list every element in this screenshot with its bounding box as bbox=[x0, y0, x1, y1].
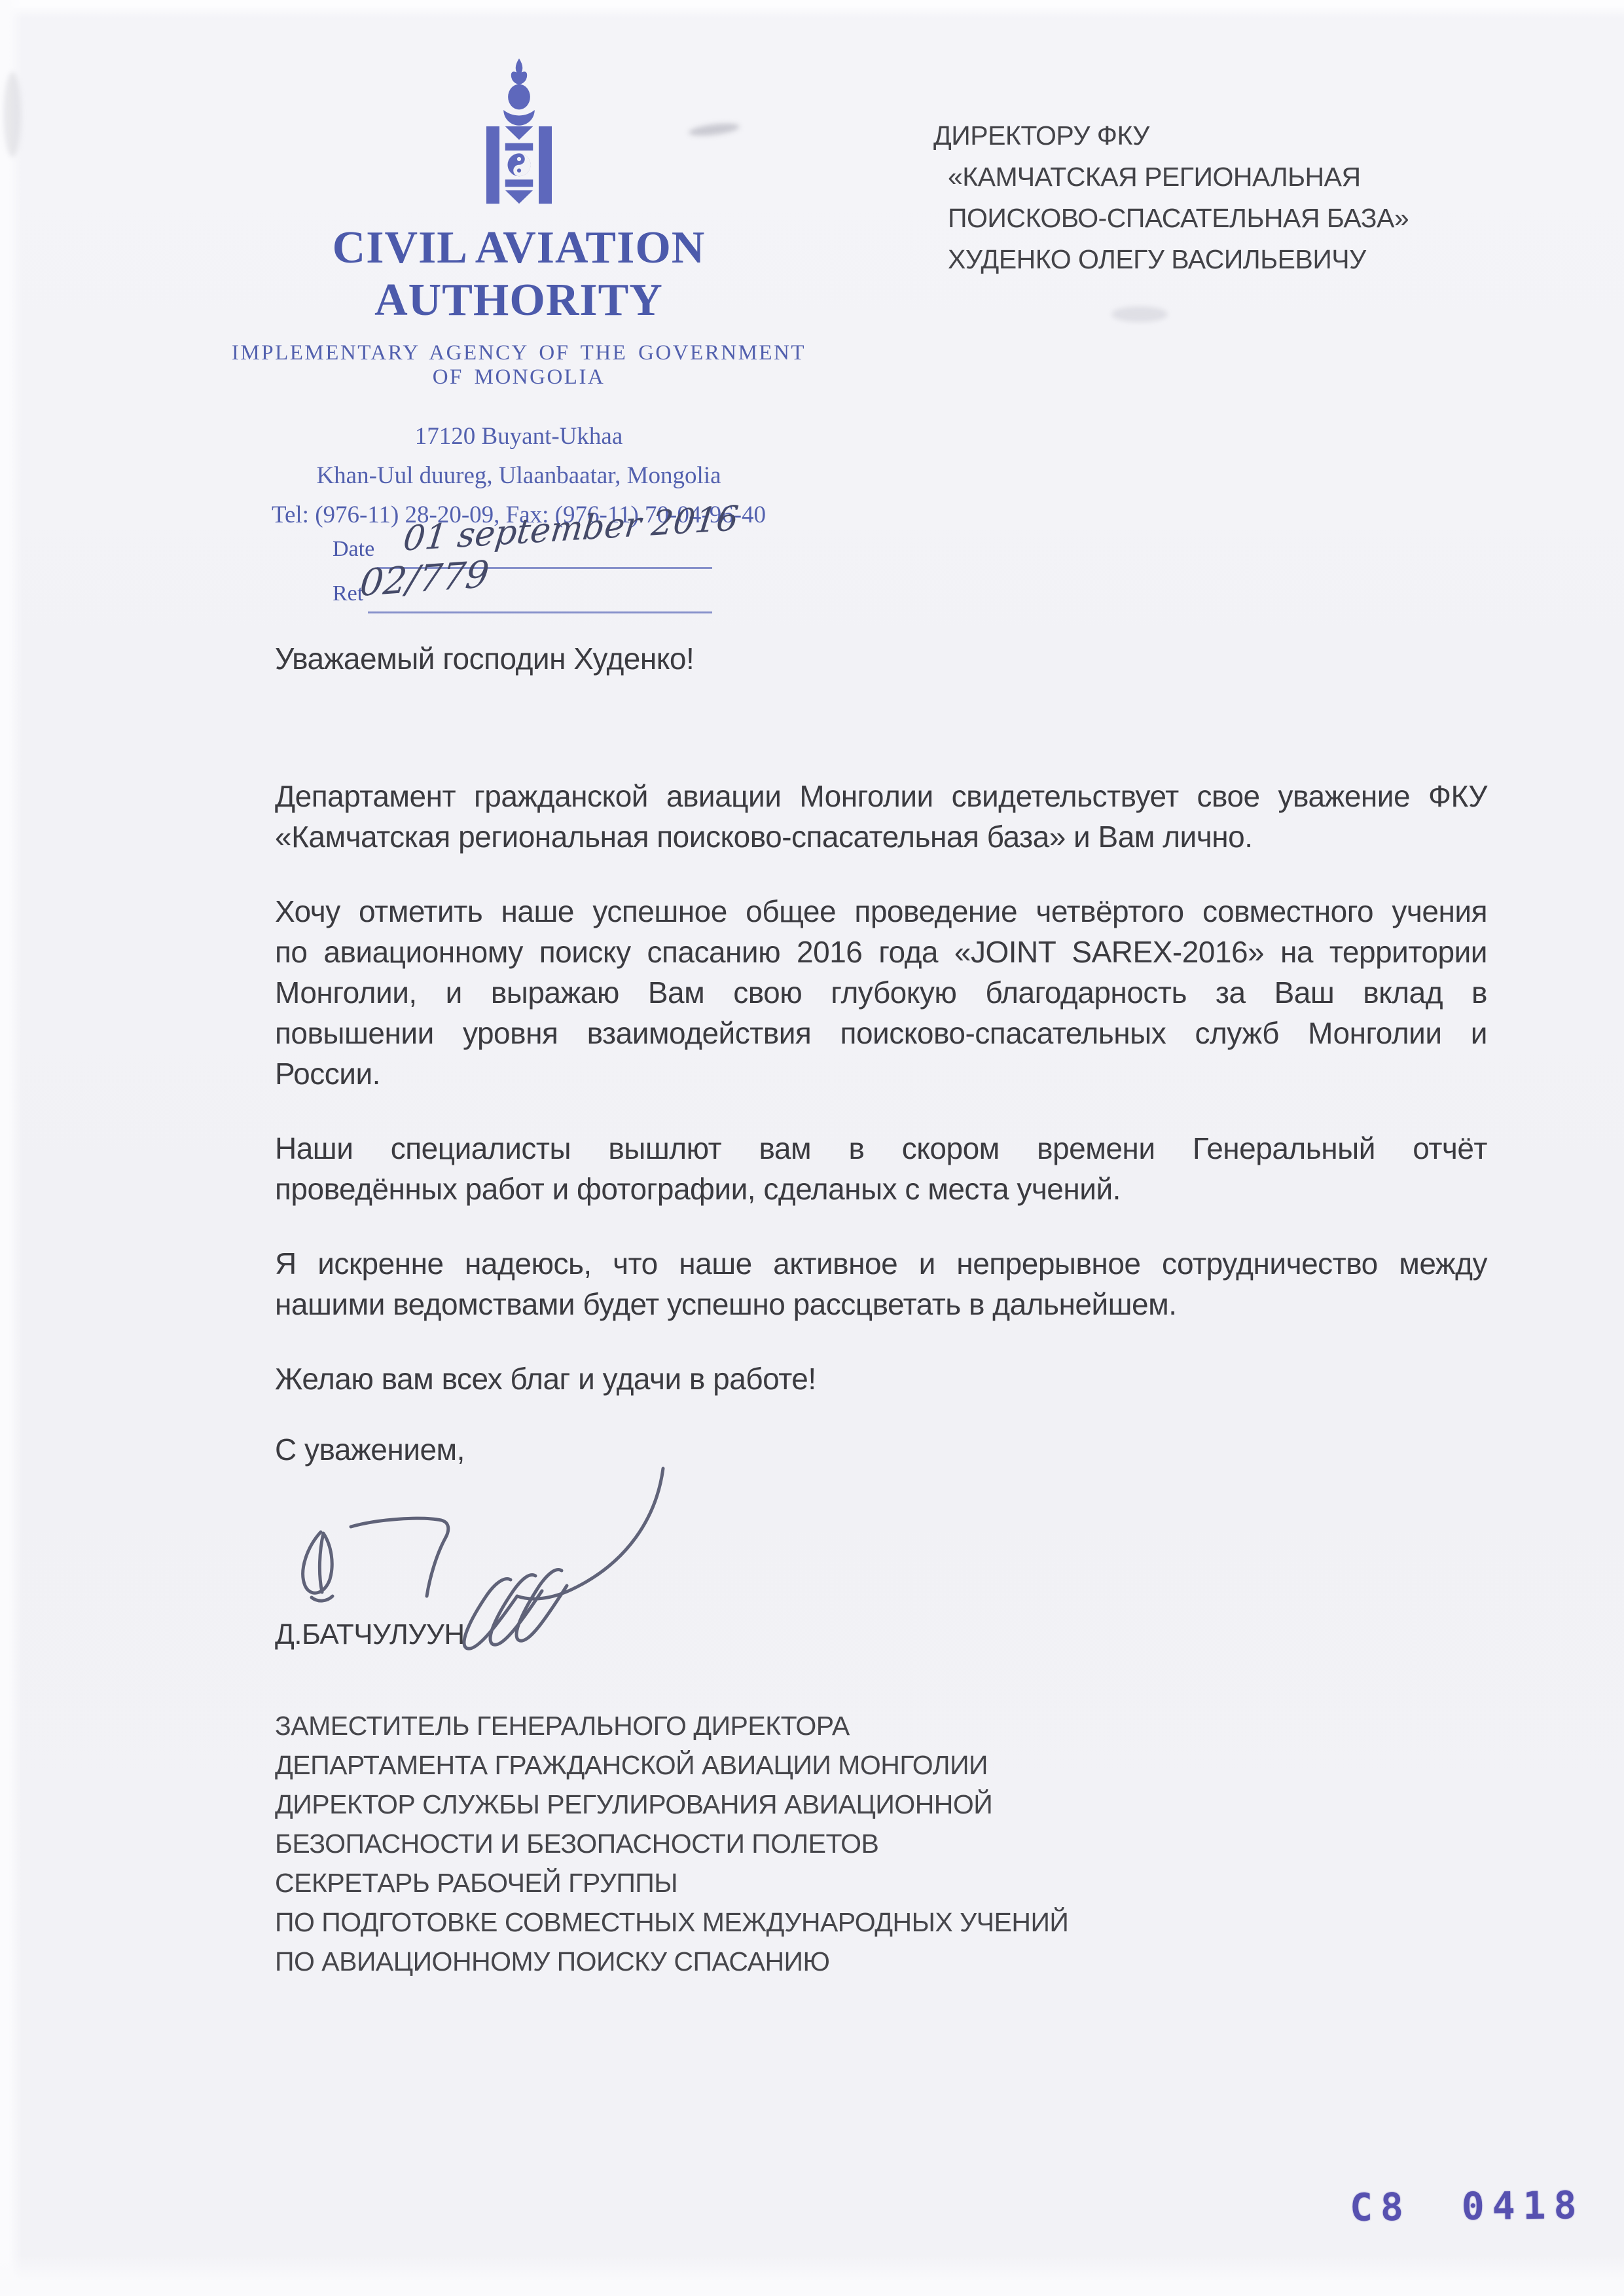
recipient-block: ДИРЕКТОРУ ФКУ «КАМЧАТСКАЯ РЕГИОНАЛЬНАЯ П… bbox=[933, 115, 1562, 280]
date-label: Date bbox=[333, 537, 374, 562]
signer-title-line: ПО ПОДГОТОВКЕ СОВМЕСТНЫХ МЕЖДУНАРОДНЫХ У… bbox=[275, 1903, 1519, 1942]
signer-title-line: БЕЗОПАСНОСТИ И БЕЗОПАСНОСТИ ПОЛЕТОВ bbox=[275, 1824, 1519, 1863]
paragraph-line: Монголии, и выражаю Вам свою глубокую бл… bbox=[275, 972, 1487, 1013]
signer-titles-block: ЗАМЕСТИТЕЛЬ ГЕНЕРАЛЬНОГО ДИРЕКТОРА ДЕПАР… bbox=[275, 1706, 1519, 1981]
salutation: Уважаемый господин Худенко! bbox=[275, 638, 1487, 679]
address-line: Khan-Uul duureg, Ulaanbaatar, Mongolia bbox=[216, 456, 821, 496]
ref-handwritten-value: 02/779 bbox=[358, 553, 491, 605]
org-subtitle: IMPLEMENTARY AGENCY OF THE GOVERNMENT OF… bbox=[216, 341, 821, 390]
scan-artifact bbox=[1111, 306, 1168, 322]
recipient-line: ДИРЕКТОРУ ФКУ bbox=[933, 115, 1562, 156]
paragraph-line: Хочу отметить наше успешное общее провед… bbox=[275, 891, 1487, 932]
org-name: CIVIL AVIATION AUTHORITY bbox=[216, 222, 821, 327]
scan-edge-top bbox=[0, 0, 1624, 18]
address-line: 17120 Buyant-Ukhaa bbox=[216, 417, 821, 456]
date-ref-block: Date 01 september 2016 Ret 02/779 bbox=[326, 521, 719, 619]
signer-name: Д.БАТЧУЛУУН bbox=[275, 1618, 465, 1651]
letterhead: CIVIL AVIATION AUTHORITY IMPLEMENTARY AG… bbox=[216, 58, 821, 535]
scan-artifact bbox=[4, 72, 21, 157]
recipient-line: «КАМЧАТСКАЯ РЕГИОНАЛЬНАЯ bbox=[933, 156, 1562, 198]
paragraph-line: Наши специалисты вышлют вам в скором вре… bbox=[275, 1128, 1487, 1169]
stamp-number: C8 0418 bbox=[1350, 2183, 1585, 2230]
signer-title-line: ДИРЕКТОР СЛУЖБЫ РЕГУЛИРОВАНИЯ АВИАЦИОННО… bbox=[275, 1785, 1519, 1824]
letter-paragraph: Я искренне надеюсь, что наше активное и … bbox=[275, 1243, 1487, 1324]
scan-edge-left bbox=[0, 0, 22, 2296]
scan-edge-bottom bbox=[0, 2255, 1624, 2296]
letter-paragraph: Хочу отметить наше успешное общее провед… bbox=[275, 891, 1487, 1094]
letter-body: Уважаемый господин Худенко! Департамент … bbox=[275, 638, 1487, 1470]
signer-title-line: ДЕПАРТАМЕНТА ГРАЖДАНСКОЙ АВИАЦИИ МОНГОЛИ… bbox=[275, 1745, 1519, 1785]
letter-paragraph: Наши специалисты вышлют вам в скором вре… bbox=[275, 1128, 1487, 1209]
scanned-letter-page: CIVIL AVIATION AUTHORITY IMPLEMENTARY AG… bbox=[0, 0, 1624, 2296]
letter-paragraph: Желаю вам всех благ и удачи в работе! bbox=[275, 1358, 1487, 1399]
signer-title-line: ПО АВИАЦИОННОМУ ПОИСКУ СПАСАНИЮ bbox=[275, 1942, 1519, 1981]
recipient-line: ХУДЕНКО ОЛЕГУ ВАСИЛЬЕВИЧУ bbox=[933, 239, 1562, 280]
letter-paragraph: Департамент гражданской авиации Монголии… bbox=[275, 776, 1487, 857]
paragraph-line: Я искренне надеюсь, что наше активное и … bbox=[275, 1243, 1487, 1284]
paragraph-line: России. bbox=[275, 1053, 1487, 1094]
paragraph-line: нашими ведомствами будет успешно рассцве… bbox=[275, 1284, 1487, 1324]
paragraph-line: по авиационному поиску спасанию 2016 год… bbox=[275, 932, 1487, 972]
paragraph-line: повышении уровня взаимодействия поисково… bbox=[275, 1013, 1487, 1053]
recipient-line: ПОИСКОВО-СПАСАТЕЛЬНАЯ БАЗА» bbox=[933, 198, 1562, 239]
paragraph-line: проведённых работ и фотографии, сделаных… bbox=[275, 1169, 1487, 1209]
soyombo-logo-icon bbox=[470, 58, 568, 205]
paragraph-line: Департамент гражданской авиации Монголии… bbox=[275, 776, 1487, 816]
signer-title-line: СЕКРЕТАРЬ РАБОЧЕЙ ГРУППЫ bbox=[275, 1863, 1519, 1903]
paragraph-line: «Камчатская региональная поисково-спасат… bbox=[275, 816, 1487, 857]
ref-line bbox=[368, 611, 712, 613]
paragraph-line: Желаю вам всех благ и удачи в работе! bbox=[275, 1358, 1487, 1399]
signer-title-line: ЗАМЕСТИТЕЛЬ ГЕНЕРАЛЬНОГО ДИРЕКТОРА bbox=[275, 1706, 1519, 1745]
